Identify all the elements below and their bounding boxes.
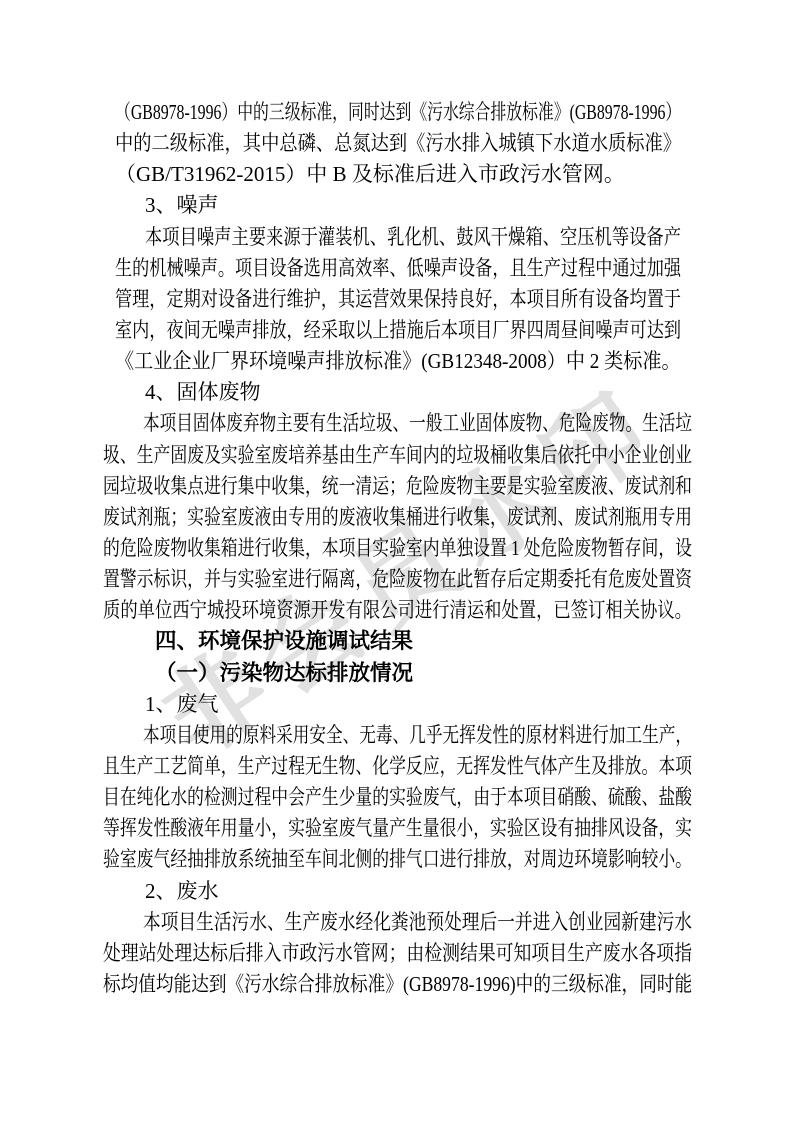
text-line: 目在纯化水的检测过程中会产生少量的实验废气，由于本项目硝酸、硫酸、盐酸 <box>103 782 692 813</box>
section-heading: （一）污染物达标排放情况 <box>115 658 681 689</box>
text-line: 《工业企业厂界环境噪声排放标准》(GB12348-2008）中 2 类标准。 <box>115 346 681 377</box>
text-line: （GB/T31962-2015）中 B 及标准后进入市政污水管网。 <box>115 159 681 190</box>
paragraph: 2、废水 <box>115 876 681 907</box>
text-line: 2、废水 <box>115 876 681 907</box>
text-line: 4、固体废物 <box>115 377 681 408</box>
text-line: 四、环境保护设施调试结果 <box>115 626 681 657</box>
text-line: 本项目使用的原料采用安全、无毒、几乎无挥发性的原材料进行加工生产， <box>103 720 692 751</box>
text-line: 管理，定期对设备进行维护，其运营效果保持良好，本项目所有设备均置于 <box>115 284 681 315</box>
paragraph: 3、噪声 <box>115 190 681 221</box>
document-page: 非会员水印 （GB8978-1996）中的三级标准，同时达到《污水综合排放标准》… <box>0 0 793 1122</box>
text-line: （GB8978-1996）中的三级标准，同时达到《污水综合排放标准》(GB897… <box>115 97 681 128</box>
text-line: 本项目噪声主要来源于灌装机、乳化机、鼓风干燥箱、空压机等设备产 <box>115 222 681 253</box>
text-line: 的危险废物收集箱进行收集，本项目实验室内单独设置 1 处危险废物暂存间，设 <box>103 533 692 564</box>
text-line: 本项目固体废弃物主要有生活垃圾、一般工业固体废物、危险废物。生活垃 <box>103 408 692 439</box>
text-line: 圾、生产固废及实验室废培养基由生产车间内的垃圾桶收集后依托中小企业创业 <box>103 440 692 471</box>
text-line: 本项目生活污水、生产废水经化粪池预处理后一并进入创业园新建污水 <box>103 907 692 938</box>
text-line: 3、噪声 <box>115 190 681 221</box>
text-line: 1、废气 <box>115 689 681 720</box>
text-line: 等挥发性酸液年用量小，实验室废气量产生量很小，实验区设有抽排风设备，实 <box>103 813 692 844</box>
text-line: 生的机械噪声。项目设备选用高效率、低噪声设备，且生产过程中通过加强 <box>115 253 681 284</box>
paragraph: 本项目使用的原料采用安全、无毒、几乎无挥发性的原材料进行加工生产，且生产工艺简单… <box>103 720 692 876</box>
text-line: 置警示标识，并与实验室进行隔离，危险废物在此暂存后定期委托有危废处置资 <box>103 564 692 595</box>
text-line: 处理站处理达标后排入市政污水管网；由检测结果可知项目生产废水各项指 <box>103 938 692 969</box>
text-line: 废试剂瓶；实验室废液由专用的废液收集桶进行收集，废试剂、废试剂瓶用专用 <box>103 502 692 533</box>
text-line: 验室废气经抽排放系统抽至车间北侧的排气口进行排放，对周边环境影响较小。 <box>103 844 692 875</box>
text-line: 中的二级标准，其中总磷、总氮达到《污水排入城镇下水道水质标准》 <box>115 128 681 159</box>
text-line: 园垃圾收集点进行集中收集，统一清运；危险废物主要是实验室废液、废试剂和 <box>103 471 692 502</box>
text-line: 标均值均能达到《污水综合排放标准》(GB8978-1996)中的三级标准，同时能 <box>103 969 692 1000</box>
document-body: （GB8978-1996）中的三级标准，同时达到《污水综合排放标准》(GB897… <box>115 97 681 1000</box>
text-line: （一）污染物达标排放情况 <box>115 658 681 689</box>
paragraph: 本项目噪声主要来源于灌装机、乳化机、鼓风干燥箱、空压机等设备产生的机械噪声。项目… <box>115 222 681 378</box>
paragraph: 1、废气 <box>115 689 681 720</box>
text-line: 质的单位西宁城投环境资源开发有限公司进行清运和处置，已签订相关协议。 <box>103 595 692 626</box>
text-line: 且生产工艺简单，生产过程无生物、化学反应，无挥发性气体产生及排放。本项 <box>103 751 692 782</box>
section-heading: 四、环境保护设施调试结果 <box>115 626 681 657</box>
paragraph: 本项目生活污水、生产废水经化粪池预处理后一并进入创业园新建污水处理站处理达标后排… <box>103 907 692 1000</box>
paragraph: （GB8978-1996）中的三级标准，同时达到《污水综合排放标准》(GB897… <box>115 97 681 190</box>
paragraph: 本项目固体废弃物主要有生活垃圾、一般工业固体废物、危险废物。生活垃圾、生产固废及… <box>103 408 692 626</box>
paragraph: 4、固体废物 <box>115 377 681 408</box>
text-line: 室内，夜间无噪声排放，经采取以上措施后本项目厂界四周昼间噪声可达到 <box>115 315 681 346</box>
